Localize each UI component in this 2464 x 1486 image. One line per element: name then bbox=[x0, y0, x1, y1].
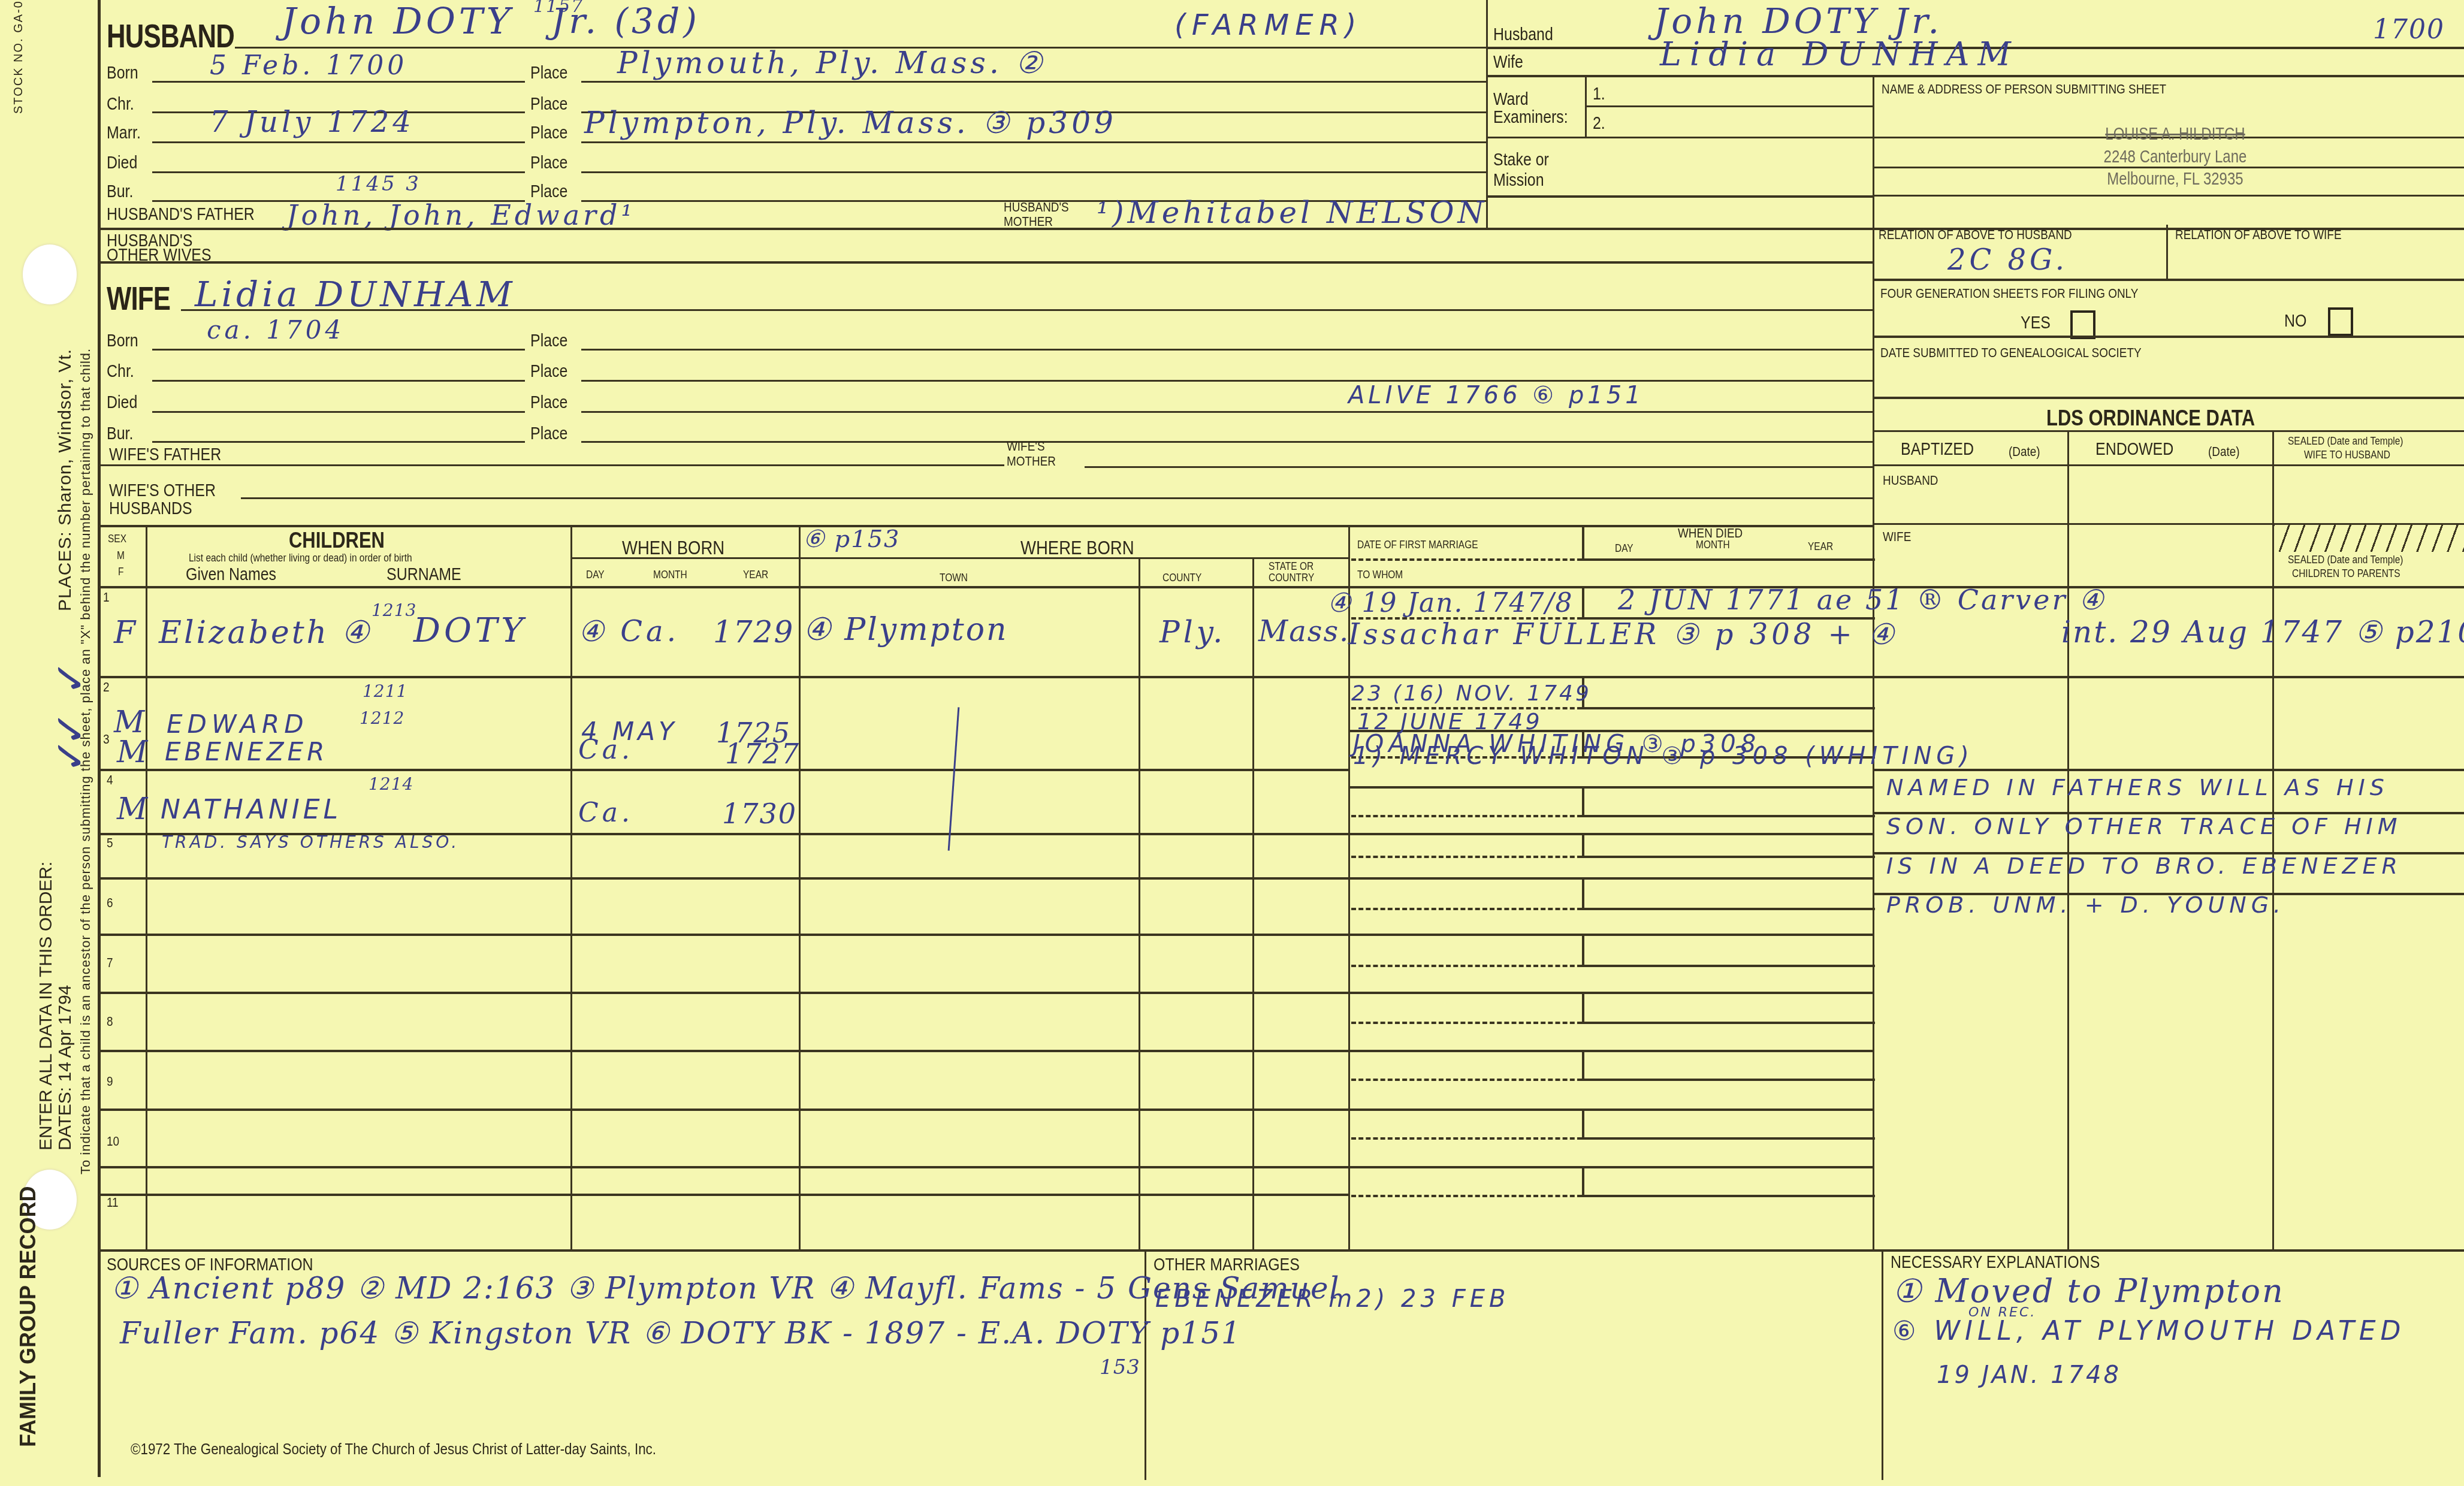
row-number: 4 bbox=[107, 773, 113, 787]
explanations-line-3[interactable]: 19 JAN. 1748 bbox=[1937, 1363, 2121, 1387]
lds-husband-label: HUSBAND bbox=[1883, 473, 1938, 487]
divider bbox=[1873, 430, 2464, 432]
died-box bbox=[1582, 935, 1875, 967]
row-divider bbox=[101, 1166, 1348, 1168]
explanations-line-1[interactable]: ① Moved to Plympton bbox=[1892, 1275, 2285, 1307]
born-year-label: YEAR bbox=[743, 569, 768, 581]
check-mark: ✓ bbox=[46, 738, 95, 774]
wife-heading: WIFE bbox=[107, 282, 170, 315]
child-given-name[interactable]: NATHANIEL bbox=[161, 797, 342, 823]
husband-marr-place[interactable]: Plympton, Ply. Mass. ③ p309 bbox=[584, 108, 1117, 138]
child-born-day[interactable]: Ca. bbox=[578, 800, 633, 826]
header-wife-label: Wife bbox=[1493, 54, 1523, 71]
lds-baptized-date: (Date) bbox=[2009, 445, 2040, 458]
submitter-name: LOUISE A. HILDITCH bbox=[2103, 123, 2247, 146]
first-marriage-label: DATE OF FIRST MARRIAGE bbox=[1357, 539, 1478, 551]
child-ref: 1214 bbox=[369, 776, 413, 793]
place-label: Place bbox=[530, 394, 567, 412]
died-box bbox=[1582, 1051, 1875, 1081]
row-divider bbox=[101, 1050, 1348, 1052]
row-number: 10 bbox=[107, 1134, 119, 1148]
husband-marr-date[interactable]: 7 July 1724 bbox=[210, 108, 415, 137]
child-born-day[interactable]: Ca. bbox=[578, 737, 633, 763]
children-note[interactable]: TRAD. SAYS OTHERS ALSO. bbox=[162, 834, 460, 851]
husband-suffix[interactable]: Jr. (3d) bbox=[551, 4, 700, 38]
husband-name[interactable]: John DOTY bbox=[282, 4, 514, 40]
place-label: Place bbox=[530, 65, 567, 82]
ordinance-note-line: NAMED IN FATHERS WILL AS HIS bbox=[1886, 768, 2402, 807]
no-label: NO bbox=[2284, 313, 2306, 330]
child-marriage-date[interactable]: 12 JUNE 1749 bbox=[1357, 710, 1542, 733]
explanations-line-2[interactable]: ⑥ WILL, AT PLYMOUTH DATED bbox=[1892, 1318, 2405, 1345]
row-divider bbox=[1873, 676, 2464, 678]
sources-line-2[interactable]: Fuller Fam. p64 ⑤ Kingston VR ⑥ DOTY BK … bbox=[120, 1318, 1242, 1348]
dashed-line bbox=[1351, 558, 1582, 561]
place-label: Place bbox=[530, 96, 567, 113]
wifes-father-line bbox=[101, 464, 1004, 466]
lds-sealed-wh-1: SEALED (Date and Temple) bbox=[2288, 436, 2403, 448]
row-number: 8 bbox=[107, 1014, 113, 1028]
chr-date-line bbox=[152, 380, 525, 382]
header-husband-value[interactable]: John DOTY Jr. bbox=[1654, 4, 1943, 38]
row-divider bbox=[101, 992, 1348, 994]
dashed-line bbox=[1351, 815, 1582, 817]
where-born-label: WHERE BORN bbox=[1020, 538, 1134, 557]
sex-f: F bbox=[118, 566, 123, 578]
bottom-section-top bbox=[101, 1249, 2464, 1252]
col-county bbox=[1139, 557, 1140, 1249]
place-label: Place bbox=[530, 333, 567, 350]
col-where-born bbox=[799, 525, 801, 1249]
husband-born-place[interactable]: Plymouth, Ply. Mass. ② bbox=[617, 48, 1046, 78]
died-box bbox=[1582, 993, 1875, 1024]
other-marriages-label: OTHER MARRIAGES bbox=[1154, 1257, 1300, 1274]
submitter-stamp: LOUISE A. HILDITCH 2248 Canterbury Lane … bbox=[2103, 123, 2247, 191]
sex-label: SEX bbox=[108, 533, 126, 545]
died-label: Died bbox=[107, 155, 137, 172]
child-sex[interactable]: M bbox=[114, 707, 148, 737]
child-died[interactable]: 2 JUN 1771 ae 51 ® Carver ④ bbox=[1618, 586, 2106, 614]
dashed-line bbox=[1351, 1079, 1582, 1081]
submitter-label: NAME & ADDRESS OF PERSON SUBMITTING SHEE… bbox=[1882, 82, 2166, 96]
stock-number: STOCK NO. GA-03 bbox=[12, 0, 26, 114]
row-divider bbox=[101, 1194, 1348, 1196]
row-number: 11 bbox=[107, 1195, 119, 1209]
no-checkbox[interactable] bbox=[2328, 307, 2353, 336]
row-number: 3 bbox=[103, 732, 110, 746]
born-label: Born bbox=[107, 333, 138, 350]
relation-husband-label: RELATION OF ABOVE TO HUSBAND bbox=[1879, 228, 2072, 241]
chr-label: Chr. bbox=[107, 96, 134, 113]
ordinance-note[interactable]: NAMED IN FATHERS WILL AS HIS SON. ONLY O… bbox=[1886, 768, 2402, 925]
husbands-mother-label-2: MOTHER bbox=[1004, 215, 1053, 228]
wifes-father-label: WIFE'S FATHER bbox=[109, 446, 221, 464]
died-box bbox=[1582, 1167, 1875, 1197]
child-ordinance-note[interactable]: int. 29 Aug 1747 ⑤ p210 bbox=[2061, 617, 2464, 647]
ordinance-note-line: SON. ONLY OTHER TRACE OF HIM bbox=[1886, 807, 2402, 846]
child-born-year[interactable]: 1730 bbox=[722, 800, 797, 827]
divider bbox=[101, 228, 2464, 230]
husband-bur-note[interactable]: 1145 3 bbox=[336, 174, 421, 194]
child-town[interactable]: ④ Plympton bbox=[803, 614, 1008, 645]
right-panel-border bbox=[1486, 0, 1488, 228]
relation-husband-value[interactable]: 2C 8G. bbox=[1947, 246, 2068, 274]
where-born-note[interactable]: ⑥ p153 bbox=[803, 527, 901, 551]
form-title-text: FAMILY GROUP RECORD bbox=[16, 1186, 40, 1447]
dashed-line bbox=[1351, 1195, 1582, 1197]
born-label: Born bbox=[107, 65, 138, 82]
wifes-mother-line bbox=[1085, 466, 1874, 468]
bur-place-line bbox=[581, 441, 1874, 443]
col-state bbox=[1252, 557, 1254, 1249]
row-divider bbox=[101, 1109, 1348, 1111]
born-month-label: MONTH bbox=[653, 569, 687, 581]
relation-wife-label: RELATION OF ABOVE TO WIFE bbox=[2175, 228, 2342, 241]
dashed-line bbox=[1351, 908, 1582, 910]
place-label: Place bbox=[530, 183, 567, 201]
bur-label: Bur. bbox=[107, 425, 133, 443]
born-date-line bbox=[152, 81, 525, 83]
marr-label: Marr. bbox=[107, 125, 141, 142]
dashed-line bbox=[1351, 1137, 1582, 1140]
lds-endowed-date: (Date) bbox=[2208, 445, 2240, 458]
form-title: FAMILY GROUP RECORD bbox=[17, 1186, 40, 1447]
dashed-line bbox=[1351, 1022, 1582, 1024]
wifes-mother-label-2: MOTHER bbox=[1007, 454, 1056, 468]
child-sex[interactable]: F bbox=[114, 617, 139, 648]
died-year-label: YEAR bbox=[1808, 541, 1833, 553]
wifes-other-husbands-label-2: HUSBANDS bbox=[109, 500, 192, 518]
given-names-label: Given Names bbox=[186, 566, 276, 584]
divider bbox=[1486, 75, 2464, 77]
submitter-city: Melbourne, FL 32935 bbox=[2103, 168, 2247, 191]
died-box bbox=[1582, 1110, 1875, 1140]
sex-m: M bbox=[117, 550, 125, 562]
husbands-mother-label-1: HUSBAND'S bbox=[1004, 200, 1069, 214]
examiner-1[interactable]: 1. bbox=[1593, 86, 1605, 103]
place-label: Place bbox=[530, 425, 567, 443]
surname-label: SURNAME bbox=[386, 566, 461, 584]
col-when-born bbox=[570, 525, 572, 1249]
row-divider bbox=[101, 676, 1348, 678]
divider bbox=[1873, 279, 2464, 281]
child-ref: 1212 bbox=[360, 710, 404, 727]
dashed-line bbox=[1351, 965, 1582, 967]
husband-born-date[interactable]: 5 Feb. 1700 bbox=[210, 53, 407, 79]
check-mark: ✓ bbox=[46, 660, 95, 696]
lds-title: LDS ORDINANCE DATA bbox=[2046, 407, 2255, 429]
when-died-label: WHEN DIED bbox=[1678, 526, 1743, 540]
child-spouse[interactable]: 1) MERCY WHITON ③ p 308 (WHITING) bbox=[1353, 744, 1974, 768]
born-place-line bbox=[581, 349, 1874, 351]
marr-date-line bbox=[152, 141, 525, 143]
form-left-border bbox=[98, 0, 101, 1477]
child-marriage-date[interactable]: ④ 19 Jan. 1747/8 bbox=[1327, 590, 1573, 617]
row-number: 6 bbox=[107, 896, 113, 910]
ward-examiners-label-2: Examiners: bbox=[1493, 109, 1568, 126]
lds-sealed-cp-1: SEALED (Date and Temple) bbox=[2288, 554, 2403, 566]
husbands-father-label: HUSBAND'S FATHER bbox=[107, 206, 255, 223]
child-surname[interactable]: DOTY bbox=[413, 614, 527, 648]
divider bbox=[1873, 195, 2464, 197]
bur-label: Bur. bbox=[107, 183, 133, 201]
died-day-label: DAY bbox=[1615, 543, 1633, 555]
child-born-year[interactable]: 1727 bbox=[725, 740, 800, 768]
row-number: 2 bbox=[103, 680, 110, 694]
instruction-places: PLACES: Sharon, Windsor, Vt. bbox=[56, 349, 74, 611]
country-label: COUNTRY bbox=[1269, 572, 1314, 584]
ditto-line bbox=[948, 707, 960, 851]
wife-born-date[interactable]: ca. 1704 bbox=[207, 318, 345, 343]
place-label: Place bbox=[530, 125, 567, 142]
ward-examiners-label-1: Ward bbox=[1493, 91, 1529, 108]
submitter-street: 2248 Canterbury Lane bbox=[2103, 146, 2247, 168]
place-label: Place bbox=[530, 363, 567, 380]
row-divider bbox=[101, 934, 1348, 936]
children-header-bottom bbox=[101, 586, 2464, 588]
died-box bbox=[1582, 878, 1875, 910]
header-husband-year[interactable]: 1700 bbox=[2373, 17, 2445, 43]
row-number: 5 bbox=[107, 836, 113, 850]
four-gen-label: FOUR GENERATION SHEETS FOR FILING ONLY bbox=[1880, 286, 2138, 300]
child-sex[interactable]: M bbox=[117, 794, 151, 824]
state-label: STATE OR bbox=[1269, 561, 1313, 573]
sources-line-3[interactable]: 153 bbox=[1100, 1357, 1140, 1378]
instruction-enter-order: ENTER ALL DATA IN THIS ORDER: bbox=[37, 862, 55, 1150]
child-given-name[interactable]: EDWARD bbox=[167, 712, 309, 737]
child-county[interactable]: Ply. bbox=[1159, 617, 1226, 647]
stake-label-1: Stake or bbox=[1493, 152, 1549, 169]
row-divider bbox=[101, 769, 1348, 771]
child-born-year[interactable]: 1729 bbox=[713, 617, 794, 647]
born-day-label: DAY bbox=[586, 569, 605, 581]
died-box bbox=[1582, 834, 1875, 858]
wife-died-note[interactable]: ALIVE 1766 ⑥ p151 bbox=[1348, 383, 1644, 407]
header-wife-value[interactable]: Lidia DUNHAM bbox=[1660, 38, 2019, 71]
col-sex bbox=[146, 525, 147, 1249]
wifes-mother-label-1: WIFE'S bbox=[1007, 439, 1045, 453]
died-label: Died bbox=[107, 394, 137, 412]
row-number: 1 bbox=[103, 590, 110, 604]
county-label: COUNTY bbox=[1162, 572, 1201, 584]
died-place-line bbox=[581, 411, 1874, 413]
husbands-mother-value[interactable]: ¹)Mehitabel NELSON bbox=[1097, 198, 1487, 228]
date-submitted-label: DATE SUBMITTED TO GENEALOGICAL SOCIETY bbox=[1880, 346, 2142, 360]
died-date-line bbox=[152, 411, 525, 413]
ordinance-note-line: PROB. UNM. + D. YOUNG. bbox=[1886, 886, 2402, 925]
born-place-line bbox=[581, 81, 1486, 83]
header-husband-label: Husband bbox=[1493, 26, 1553, 44]
examiner-2[interactable]: 2. bbox=[1593, 115, 1605, 132]
died-box bbox=[1582, 787, 1875, 817]
child-spouse[interactable]: Issachar FULLER ③ p 308 + ④ bbox=[1348, 620, 1898, 649]
marr-place-line bbox=[581, 141, 1486, 143]
row-divider bbox=[101, 877, 1348, 880]
hatched-area bbox=[2274, 525, 2464, 552]
bur-date-line bbox=[152, 441, 525, 443]
chr-place-line bbox=[581, 380, 1874, 382]
divider bbox=[1486, 137, 1873, 138]
child-ref: 1213 bbox=[372, 602, 416, 619]
wife-name[interactable]: Lidia DUNHAM bbox=[195, 277, 516, 312]
divider bbox=[101, 261, 1874, 264]
died-month-label: MONTH bbox=[1696, 539, 1730, 551]
yes-checkbox[interactable] bbox=[2070, 310, 2095, 339]
ordinance-note-line: IS IN A DEED TO BRO. EBENEZER bbox=[1886, 847, 2402, 886]
died-place-line bbox=[581, 171, 1486, 173]
wifes-other-husbands-line bbox=[241, 497, 1874, 499]
child-marriage-date[interactable]: 23 (16) NOV. 1749 bbox=[1351, 683, 1592, 705]
row-number: 7 bbox=[107, 956, 113, 969]
divider bbox=[1873, 464, 2464, 466]
lds-endowed-label: ENDOWED bbox=[2095, 441, 2173, 458]
child-born-day[interactable]: ④ Ca. bbox=[578, 617, 680, 646]
binder-hole-top bbox=[23, 244, 77, 304]
child-given-name[interactable]: EBENEZER bbox=[165, 739, 328, 765]
divider bbox=[1873, 397, 2464, 399]
lds-baptized-label: BAPTIZED bbox=[1901, 441, 1974, 458]
dashed-line bbox=[1351, 856, 1582, 858]
child-ref: 1211 bbox=[363, 683, 407, 700]
chr-label: Chr. bbox=[107, 363, 134, 380]
copyright: ©1972 The Genealogical Society of The Ch… bbox=[131, 1441, 656, 1457]
child-state[interactable]: Mass. bbox=[1258, 617, 1349, 646]
divider bbox=[1873, 336, 2464, 338]
other-marriages-line-1[interactable]: EBENEZER m2) 23 FEB bbox=[1155, 1287, 1509, 1311]
died-box bbox=[1582, 677, 1875, 709]
husband-heading: HUSBAND bbox=[107, 19, 234, 53]
place-label: Place bbox=[530, 155, 567, 172]
examiner-line bbox=[1585, 105, 1873, 107]
children-instruction: List each child (whether living or dead)… bbox=[189, 552, 412, 564]
instruction-dates: DATES: 14 Apr 1794 bbox=[56, 985, 74, 1150]
lds-sealed-wh-2: WIFE TO HUSBAND bbox=[2304, 449, 2390, 461]
born-date-line bbox=[152, 349, 525, 351]
lds-wife-label: WIFE bbox=[1883, 530, 1911, 543]
explanations-label: NECESSARY EXPLANATIONS bbox=[1891, 1254, 2100, 1271]
husbands-father-value[interactable]: John, John, Edward¹ bbox=[286, 201, 636, 229]
stake-label-2: Mission bbox=[1493, 172, 1544, 189]
child-given-name[interactable]: Elizabeth ④ bbox=[159, 617, 372, 648]
when-born-label: WHEN BORN bbox=[622, 538, 724, 557]
yes-label: YES bbox=[2021, 315, 2051, 332]
explanations-divider bbox=[1882, 1249, 1883, 1480]
husband-occupation[interactable]: (FARMER) bbox=[1174, 11, 1363, 40]
divider bbox=[1486, 195, 1873, 198]
lds-sealed-cp-2: CHILDREN TO PARENTS bbox=[2292, 568, 2400, 580]
children-title: CHILDREN bbox=[289, 530, 385, 551]
town-label: TOWN bbox=[940, 572, 968, 584]
relation-divider bbox=[2166, 225, 2168, 279]
wifes-other-husbands-label-1: WIFE'S OTHER bbox=[109, 482, 216, 500]
row-number: 9 bbox=[107, 1074, 113, 1088]
to-whom-label: TO WHOM bbox=[1357, 569, 1403, 581]
child-sex[interactable]: M bbox=[117, 737, 151, 767]
